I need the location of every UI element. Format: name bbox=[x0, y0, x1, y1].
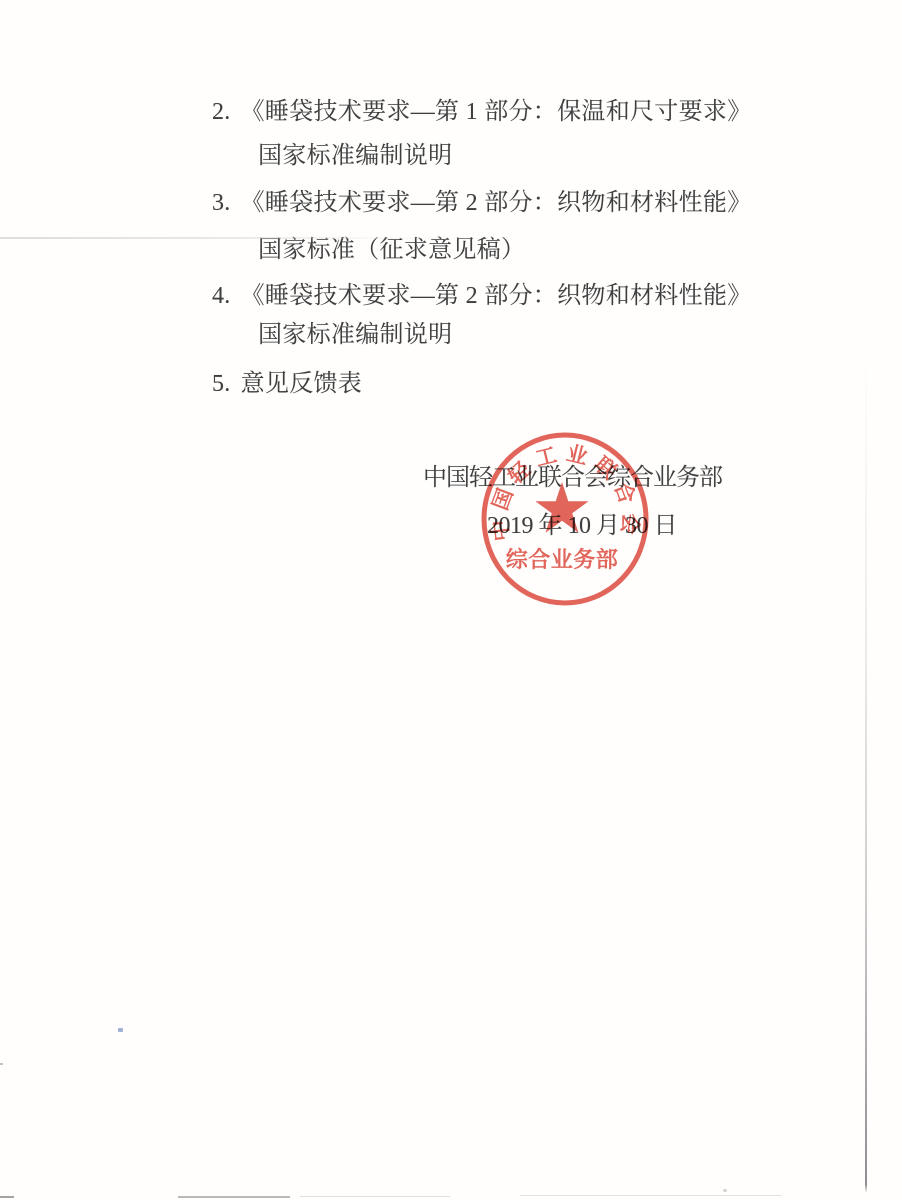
scan-artifact-dot bbox=[723, 1189, 727, 1192]
official-seal-stamp: 中国轻工业联合会 综合业务部 bbox=[465, 419, 665, 619]
scan-artifact-bottom-dash bbox=[0, 1196, 14, 1198]
list-item-3-line1: 3.《睡袋技术要求—第 2 部分：织物和材料性能》 bbox=[212, 189, 752, 217]
scan-artifact-edge-dash bbox=[0, 1063, 3, 1065]
scan-artifact-bottom-dash bbox=[520, 1195, 782, 1196]
list-item-text: 《睡袋技术要求—第 1 部分：保温和尺寸要求》 bbox=[241, 99, 752, 125]
list-item-number: 5. bbox=[212, 370, 231, 398]
list-item-2-line1: 2.《睡袋技术要求—第 1 部分：保温和尺寸要求》 bbox=[212, 98, 752, 126]
list-item-number: 2. bbox=[212, 98, 231, 126]
list-item-number: 4. bbox=[212, 282, 231, 310]
list-item-text: 意见反馈表 bbox=[241, 371, 363, 397]
list-item-number: 3. bbox=[212, 189, 231, 217]
list-item-text: 《睡袋技术要求—第 2 部分：织物和材料性能》 bbox=[241, 283, 752, 309]
scan-artifact-bottom-dash bbox=[300, 1196, 450, 1197]
list-item-4-line1: 4.《睡袋技术要求—第 2 部分：织物和材料性能》 bbox=[212, 282, 752, 310]
list-item-text: 《睡袋技术要求—第 2 部分：织物和材料性能》 bbox=[241, 190, 752, 216]
scan-artifact-bottom-dash bbox=[178, 1196, 290, 1198]
seal-star-icon bbox=[535, 482, 588, 533]
list-item-5-line1: 5.意见反馈表 bbox=[212, 370, 362, 398]
scan-artifact-vertical-line bbox=[865, 345, 867, 1193]
scan-artifact-blue-speck bbox=[118, 1028, 123, 1032]
seal-bottom-text: 综合业务部 bbox=[506, 547, 619, 572]
list-item-3-line2: 国家标准（征求意见稿） bbox=[258, 236, 525, 264]
list-item-2-line2: 国家标准编制说明 bbox=[258, 142, 452, 170]
list-item-4-line2: 国家标准编制说明 bbox=[258, 321, 452, 349]
document-page: 2.《睡袋技术要求—第 1 部分：保温和尺寸要求》 国家标准编制说明 3.《睡袋… bbox=[0, 0, 902, 1200]
